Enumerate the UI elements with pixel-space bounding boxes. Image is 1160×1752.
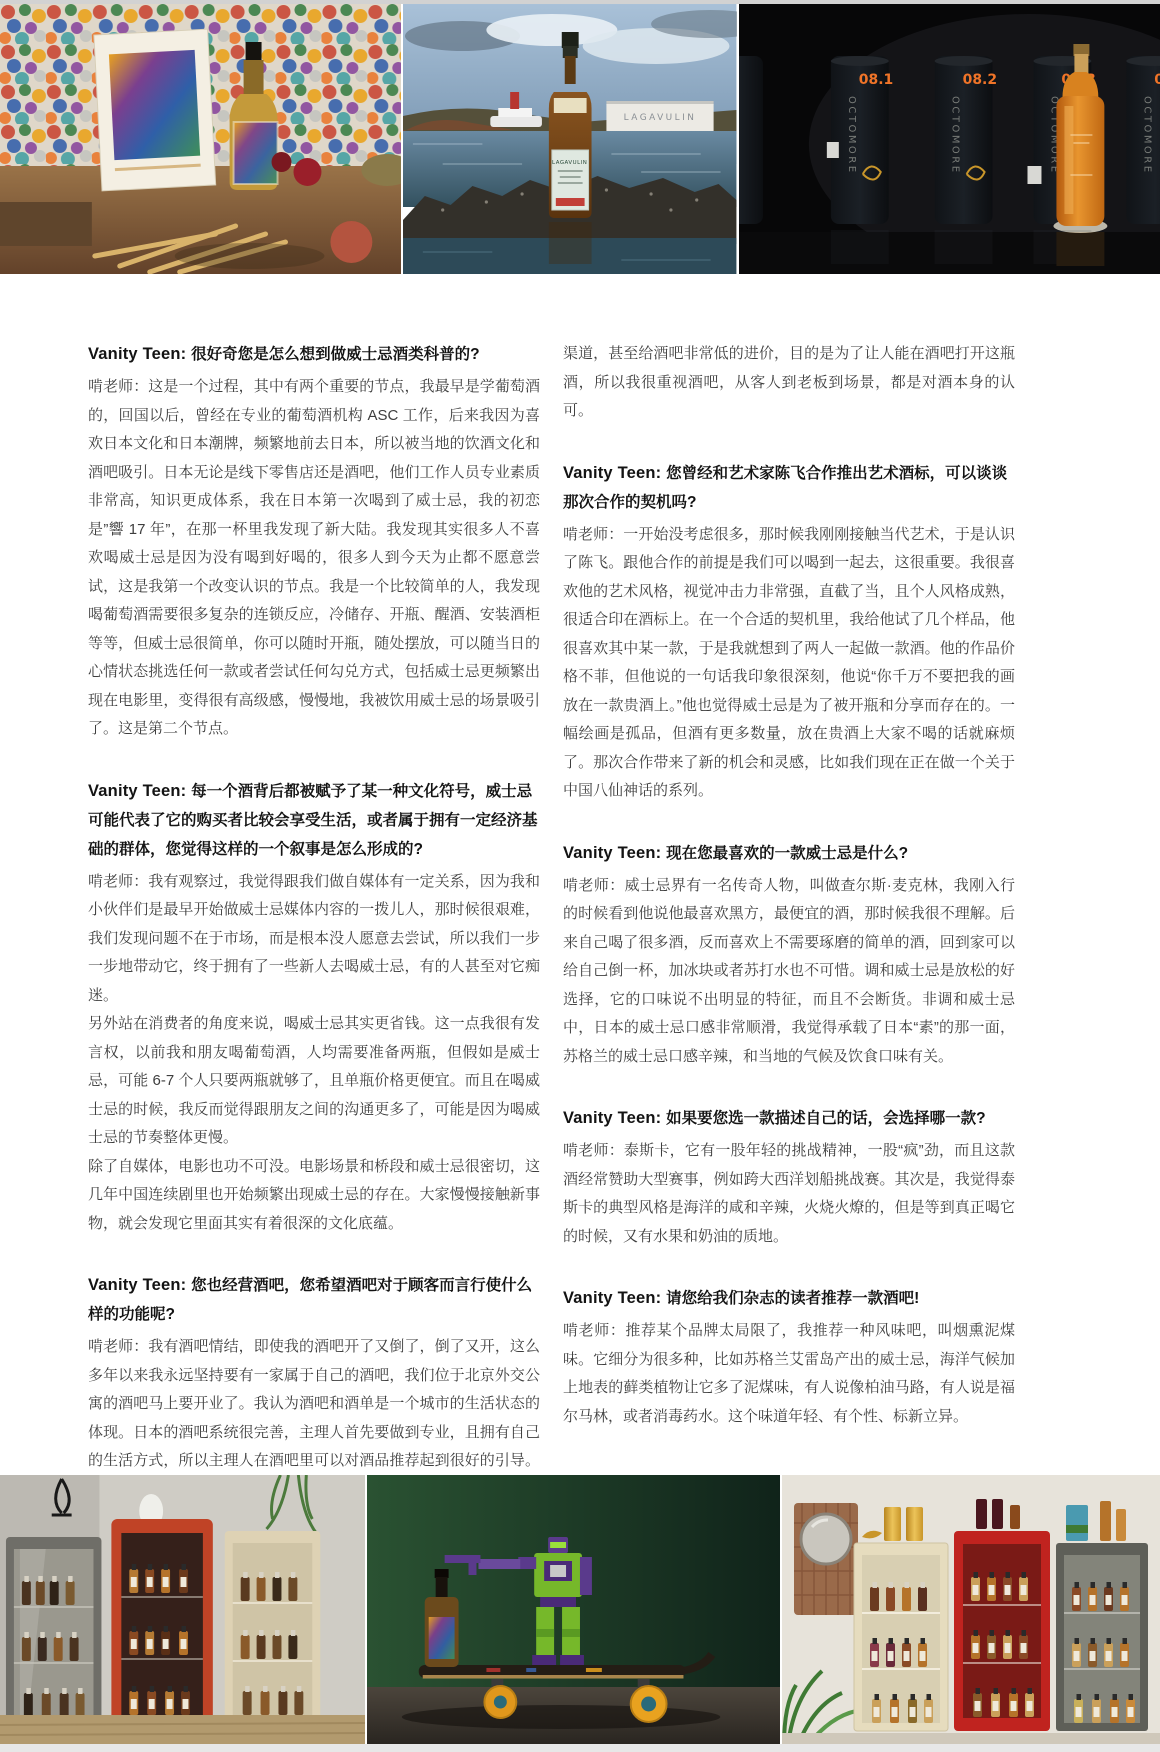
tube-number: 08.2 (962, 72, 996, 88)
distillery-building: LAGAVULIN (607, 101, 714, 131)
interview-question: Vanity Teen: 现在您最喜欢的一款威士忌是什么? (563, 839, 1015, 868)
red-cabinet (111, 1519, 212, 1731)
photo-display-cabinets (782, 1475, 1160, 1745)
interview-question: Vanity Teen: 请您给我们杂志的读者推荐一款酒吧! (563, 1284, 1015, 1313)
interviewer-label: Vanity Teen: (563, 1289, 666, 1307)
interview-answer-paragraph: 啃老师：这是一个过程，其中有两个重要的节点，我最早是学葡萄酒的，回国以后，曾经在… (88, 373, 540, 744)
interview-answer-paragraph: 除了自媒体，电影也功不可没。电影场景和桥段和威士忌很密切，这几年中国连续剧里也开… (88, 1153, 540, 1239)
octomore-tube (739, 56, 763, 224)
tube-number: 08.4 (1154, 72, 1160, 88)
interview-question: Vanity Teen: 每一个酒背后都被赋予了某一种文化符号，威士忌可能代表了… (88, 777, 540, 864)
art-card (94, 29, 216, 191)
red-box (272, 152, 292, 172)
interview-question: Vanity Teen: 如果要您选一款描述自己的话，会选择哪一款? (563, 1104, 1015, 1133)
column-right: 渠道，甚至给酒吧非常低的进价，目的是为了让人能在酒吧打开这瓶酒，所以我很重视酒吧… (563, 340, 1015, 1470)
stone (330, 221, 372, 263)
interview-question: Vanity Teen: 您曾经和艺术家陈飞合作推出艺术酒标，可以谈谈那次合作的… (563, 459, 1015, 517)
interviewer-label: Vanity Teen: (88, 782, 191, 800)
magazine-page: LAGAVULIN (0, 0, 1160, 1752)
bottom-photo-row (0, 1475, 1160, 1745)
interviewer-label: Vanity Teen: (88, 345, 191, 363)
price-sticker (1027, 166, 1041, 184)
tube-brand-text: OCTOMORE (846, 96, 857, 175)
red-display-cabinet (954, 1499, 1050, 1731)
octomore-tube: 08.1 OCTOMORE (827, 56, 893, 224)
photo-art-table (0, 4, 403, 274)
interview-article: Vanity Teen: 很好奇您是怎么想到做威士忌酒类科普的?啃老师：这是一个… (88, 340, 1018, 1470)
interviewer-label: Vanity Teen: (88, 1276, 191, 1294)
wood-desk (0, 1715, 365, 1745)
interview-question: Vanity Teen: 您也经营酒吧，您希望酒吧对于顾客而言行使什么样的功能呢… (88, 1271, 540, 1329)
tube-brand-text: OCTOMORE (949, 96, 960, 175)
interview-answer-paragraph: 啃老师：泰斯卡，它有一股年轻的挑战精神，一股“疯”劲，而且这款酒经常赞助大型赛事… (563, 1137, 1015, 1251)
gray-cabinet (6, 1537, 101, 1727)
octomore-tube: 08.2 OCTOMORE (934, 56, 996, 224)
tube-brand-text: OCTOMORE (1141, 96, 1152, 175)
interview-answer-paragraph: 渠道，甚至给酒吧非常低的进价，目的是为了让人能在酒吧打开这瓶酒，所以我很重视酒吧… (563, 340, 1015, 426)
photo-cabinet-room (0, 1475, 367, 1745)
interview-answer-paragraph: 啃老师：威士忌界有一名传奇人物，叫做查尔斯·麦克林，我刚入行的时候看到他说他最喜… (563, 872, 1015, 1072)
interview-answer-paragraph: 啃老师：推荐某个品牌太局限了，我推荐一种风味吧，叫烟熏泥煤味。它细分为很多种，比… (563, 1317, 1015, 1431)
photo-octomore: 08.1 OCTOMORE 08.2 OCTOMORE 08.3 OC (739, 4, 1160, 274)
interviewer-label: Vanity Teen: (563, 464, 666, 482)
photo-skateboard-robot (367, 1475, 782, 1745)
cream-cabinet (225, 1531, 320, 1729)
octomore-tube: 08.4 OCTOMORE (1126, 56, 1160, 224)
red-apple (293, 158, 321, 186)
distillery-sign-text: LAGAVULIN (624, 113, 697, 123)
column-left: Vanity Teen: 很好奇您是怎么想到做威士忌酒类科普的?啃老师：这是一个… (88, 340, 540, 1470)
bottle-label-text: LAGAVULIN (552, 160, 587, 166)
top-photo-row: LAGAVULIN (0, 4, 1160, 274)
rattan-panel (794, 1503, 858, 1615)
interviewer-label: Vanity Teen: (563, 844, 666, 862)
interviewer-label: Vanity Teen: (563, 1109, 666, 1127)
tube-number: 08.1 (859, 72, 893, 88)
interview-answer-paragraph: 啃老师：一开始没考虑很多，那时候我刚刚接触当代艺术，于是认识了陈飞。跟他合作的前… (563, 521, 1015, 806)
interview-answer-paragraph: 另外站在消费者的角度来说，喝威士忌其实更省钱。这一点我很有发言权，以前我和朋友喝… (88, 1010, 540, 1153)
photo-lagavulin-sea: LAGAVULIN (403, 4, 738, 274)
interview-question: Vanity Teen: 很好奇您是怎么想到做威士忌酒类科普的? (88, 340, 540, 369)
interview-answer-paragraph: 啃老师：我有酒吧情结，即使我的酒吧开了又倒了，倒了又开，这么多年以来我永远坚持要… (88, 1333, 540, 1470)
page-bottom-edge (0, 1744, 1160, 1752)
price-sticker (827, 142, 839, 158)
reflections (831, 230, 1105, 266)
interview-answer-paragraph: 啃老师：我有观察过，我觉得跟我们做自媒体有一定关系，因为我和小伙伴们是最早开始做… (88, 868, 540, 1011)
